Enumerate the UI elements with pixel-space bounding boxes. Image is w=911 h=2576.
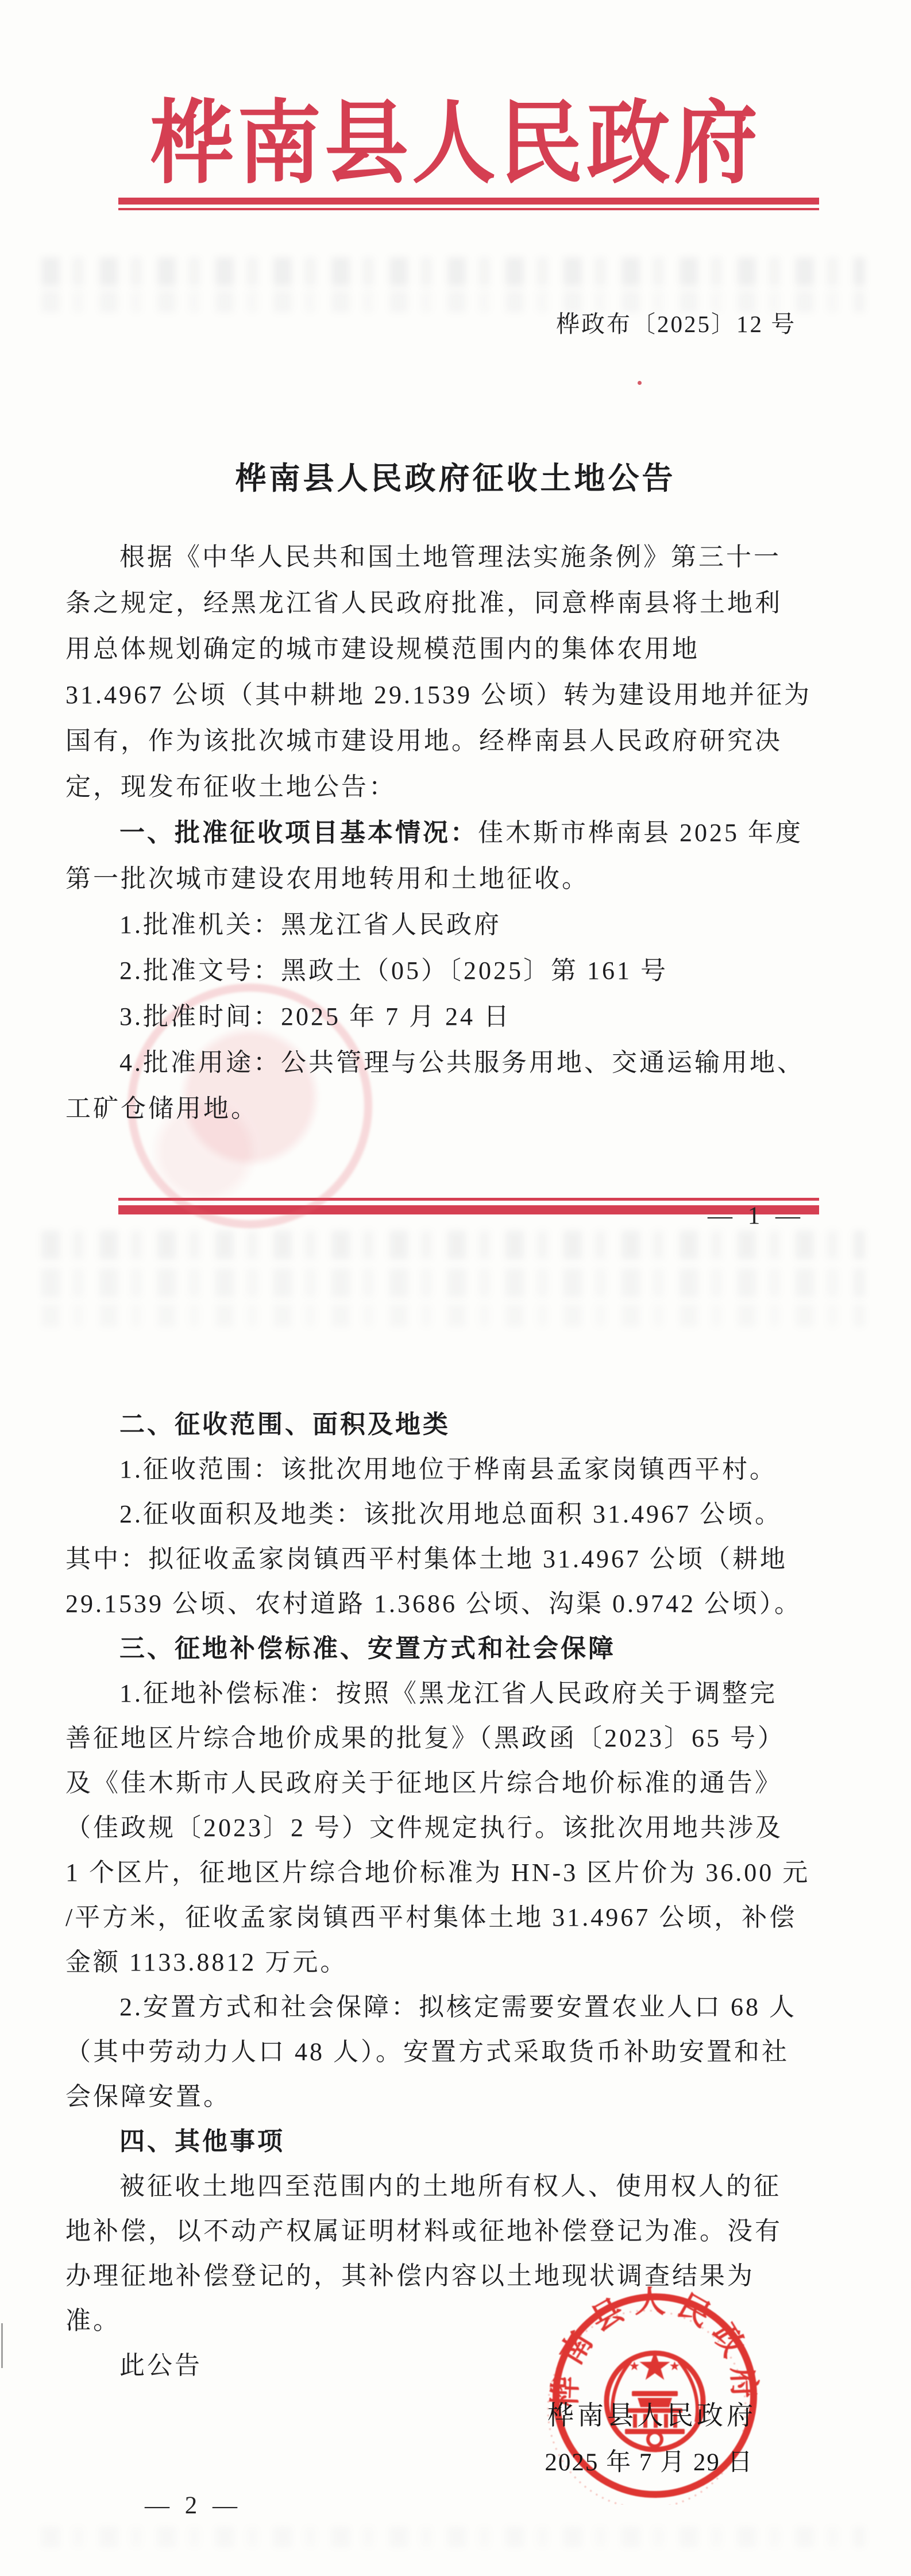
section-heading: 三、征地补偿标准、安置方式和社会保障 [119,1634,616,1663]
body-text: 1.征地补偿标准：按照《黑龙江省人民政府关于调整完 [119,1679,777,1707]
page1-line: 定，现发布征收土地公告： [65,773,838,801]
seal-ring-text: 桦南县人民政府 [548,2286,762,2408]
page2-line: 1 个区片，征地区片综合地价标准为 HN-3 区片价为 36.00 元 [65,1858,838,1887]
ink-speck-artifact [638,381,642,385]
page1-line: 31.4967 公顷（其中耕地 29.1539 公顷）转为建设用地并征为 [65,681,838,709]
body-text: 4.批准用途：公共管理与公共服务用地、交通运输用地、 [119,1048,805,1077]
body-text: 工矿仓储用地。 [65,1094,258,1123]
body-text: 其中：拟征收孟家岗镇西平村集体土地 31.4967 公顷（耕地 [65,1545,788,1573]
masthead-org-name: 桦南县人民政府 [0,99,911,190]
document-page: 桦南县人民政府 桦政布〔2025〕12 号 桦南县人民政府征收土地公告 根据《中… [0,0,911,2576]
bleed-artifact [41,2527,865,2547]
body-text: （佳政规〔2023〕2 号）文件规定执行。该批次用地共涉及 [65,1814,783,1842]
page2-line: （其中劳动力人口 48 人）。安置方式采取货币补助安置和社 [65,2038,838,2066]
page2-line: 1.征收范围：该批次用地位于桦南县孟家岗镇西平村。 [65,1455,892,1484]
doc-number: 桦政布〔2025〕12 号 [556,305,796,339]
body-text: 用总体规划确定的城市建设规模范围内的集体农用地 [65,635,700,663]
body-text: 31.4967 公顷（其中耕地 29.1539 公顷）转为建设用地并征为 [65,681,812,709]
body-text: 根据《中华人民共和国土地管理法实施条例》第三十一 [119,543,781,571]
signature-text: 桦南县人民政府 [543,2394,761,2432]
page1-line: 一、批准征收项目基本情况：佳木斯市桦南县 2025 年度 [65,819,892,847]
body-text: （其中劳动力人口 48 人）。安置方式采取货币补助安置和社 [65,2038,789,2066]
page2-line: 及《佳木斯市人民政府关于征地区片综合地价标准的通告》 [65,1769,838,1798]
body-text: 1.批准机关：黑龙江省人民政府 [119,911,501,939]
bleed-artifact [41,1231,865,1259]
page2-line: 1.征地补偿标准：按照《黑龙江省人民政府关于调整完 [65,1679,892,1708]
page1-line: 根据《中华人民共和国土地管理法实施条例》第三十一 [65,543,892,572]
seal-ring-textpath: 桦南县人民政府 [548,2286,762,2408]
body-text: 会保障安置。 [65,2083,231,2111]
body-text: 1 个区片，征地区片综合地价标准为 HN-3 区片价为 36.00 元 [65,1858,810,1887]
section-heading: 一、批准征收项目基本情况： [119,819,478,847]
date-text: 2025 年 7 月 29 日 [534,2443,764,2478]
page2-line: 二、征收范围、面积及地类 [65,1410,892,1439]
page1-line: 4.批准用途：公共管理与公共服务用地、交通运输用地、 [65,1048,892,1077]
body-text: 善征地区片综合地价成果的批复》（黑政函〔2023〕65 号） [65,1724,785,1752]
page2-line: 2.安置方式和社会保障：拟核定需要安置农业人口 68 人 [65,1993,892,2022]
body-text: 此公告 [119,2351,202,2380]
body-text: 定，现发布征收土地公告： [65,773,396,801]
body-text: 3.批准时间：2025 年 7 月 24 日 [119,1002,511,1031]
body-text: 第一批次城市建设农用地转用和土地征收。 [65,865,589,893]
page2-line: （佳政规〔2023〕2 号）文件规定执行。该批次用地共涉及 [65,1814,838,1842]
page2-line: /平方米，征收孟家岗镇西平村集体土地 31.4967 公顷，补偿 [65,1903,838,1932]
body-text: 佳木斯市桦南县 2025 年度 [478,819,803,847]
page2-line: 2.征收面积及地类：该批次用地总面积 31.4967 公顷。 [65,1500,892,1529]
page1-line: 3.批准时间：2025 年 7 月 24 日 [65,1002,892,1031]
page1-line: 2.批准文号：黑政土（05）〔2025〕第 161 号 [65,957,892,985]
page2-line: 其中：拟征收孟家岗镇西平村集体土地 31.4967 公顷（耕地 [65,1545,838,1574]
page2-line: 善征地区片综合地价成果的批复》（黑政函〔2023〕65 号） [65,1724,838,1753]
body-text: 29.1539 公顷、农村道路 1.3686 公顷、沟渠 0.9742 公顷）。 [65,1590,802,1618]
masthead-rule-thin [118,208,819,210]
body-text: 办理征地补偿登记的，其补偿内容以土地现状调查结果为 [65,2262,755,2290]
bleed-artifact [41,1268,865,1297]
section-heading: 四、其他事项 [119,2127,285,2155]
body-text: 地补偿，以不动产权属证明材料或征地补偿登记为准。没有 [65,2217,782,2245]
body-text: 1.征收范围：该批次用地位于桦南县孟家岗镇西平村。 [119,1455,777,1483]
page2-line: 会保障安置。 [65,2083,838,2111]
body-text: 2.征收面积及地类：该批次用地总面积 31.4967 公顷。 [119,1500,782,1528]
body-text: 条之规定，经黑龙江省人民政府批准，同意桦南县将土地利 [65,589,782,617]
page2-line: 金额 1133.8812 万元。 [65,1948,838,1977]
page1-line: 国有，作为该批次城市建设用地。经桦南县人民政府研究决 [65,727,838,755]
body-text: 及《佳木斯市人民政府关于征地区片综合地价标准的通告》 [65,1769,782,1797]
page1-number: — 1 — [708,1202,805,1230]
body-text: 金额 1133.8812 万元。 [65,1948,348,1976]
page2-number: — 2 — [145,2492,242,2520]
bleed-artifact [41,257,865,286]
page2-line: 此公告 [65,2351,892,2380]
page1-line: 第一批次城市建设农用地转用和土地征收。 [65,865,838,893]
page1-line: 1.批准机关：黑龙江省人民政府 [65,911,892,939]
body-text: 2.安置方式和社会保障：拟核定需要安置农业人口 68 人 [119,1993,797,2021]
page2-line: 地补偿，以不动产权属证明材料或征地补偿登记为准。没有 [65,2217,838,2246]
page1-line: 用总体规划确定的城市建设规模范围内的集体农用地 [65,635,838,664]
page1-line: 工矿仓储用地。 [65,1094,838,1123]
page2-line: 四、其他事项 [65,2127,892,2156]
body-text: /平方米，征收孟家岗镇西平村集体土地 31.4967 公顷，补偿 [65,1903,797,1931]
body-text: 被征收土地四至范围内的土地所有权人、使用权人的征 [119,2172,781,2200]
section-heading: 二、征收范围、面积及地类 [119,1410,450,1439]
body-text: 准。 [65,2307,121,2335]
page2-line: 被征收土地四至范围内的土地所有权人、使用权人的征 [65,2172,892,2201]
page1-line: 条之规定，经黑龙江省人民政府批准，同意桦南县将土地利 [65,589,838,618]
bleed-artifact [41,1304,865,1327]
page2-line: 三、征地补偿标准、安置方式和社会保障 [65,1634,892,1663]
masthead-rule-thick [118,198,819,205]
body-text: 国有，作为该批次城市建设用地。经桦南县人民政府研究决 [65,727,782,755]
body-text: 2.批准文号：黑政土（05）〔2025〕第 161 号 [119,957,668,985]
scan-edge-artifact [1,2323,3,2368]
announcement-title: 桦南县人民政府征收土地公告 [0,454,911,498]
page2-line: 29.1539 公顷、农村道路 1.3686 公顷、沟渠 0.9742 公顷）。 [65,1590,838,1618]
